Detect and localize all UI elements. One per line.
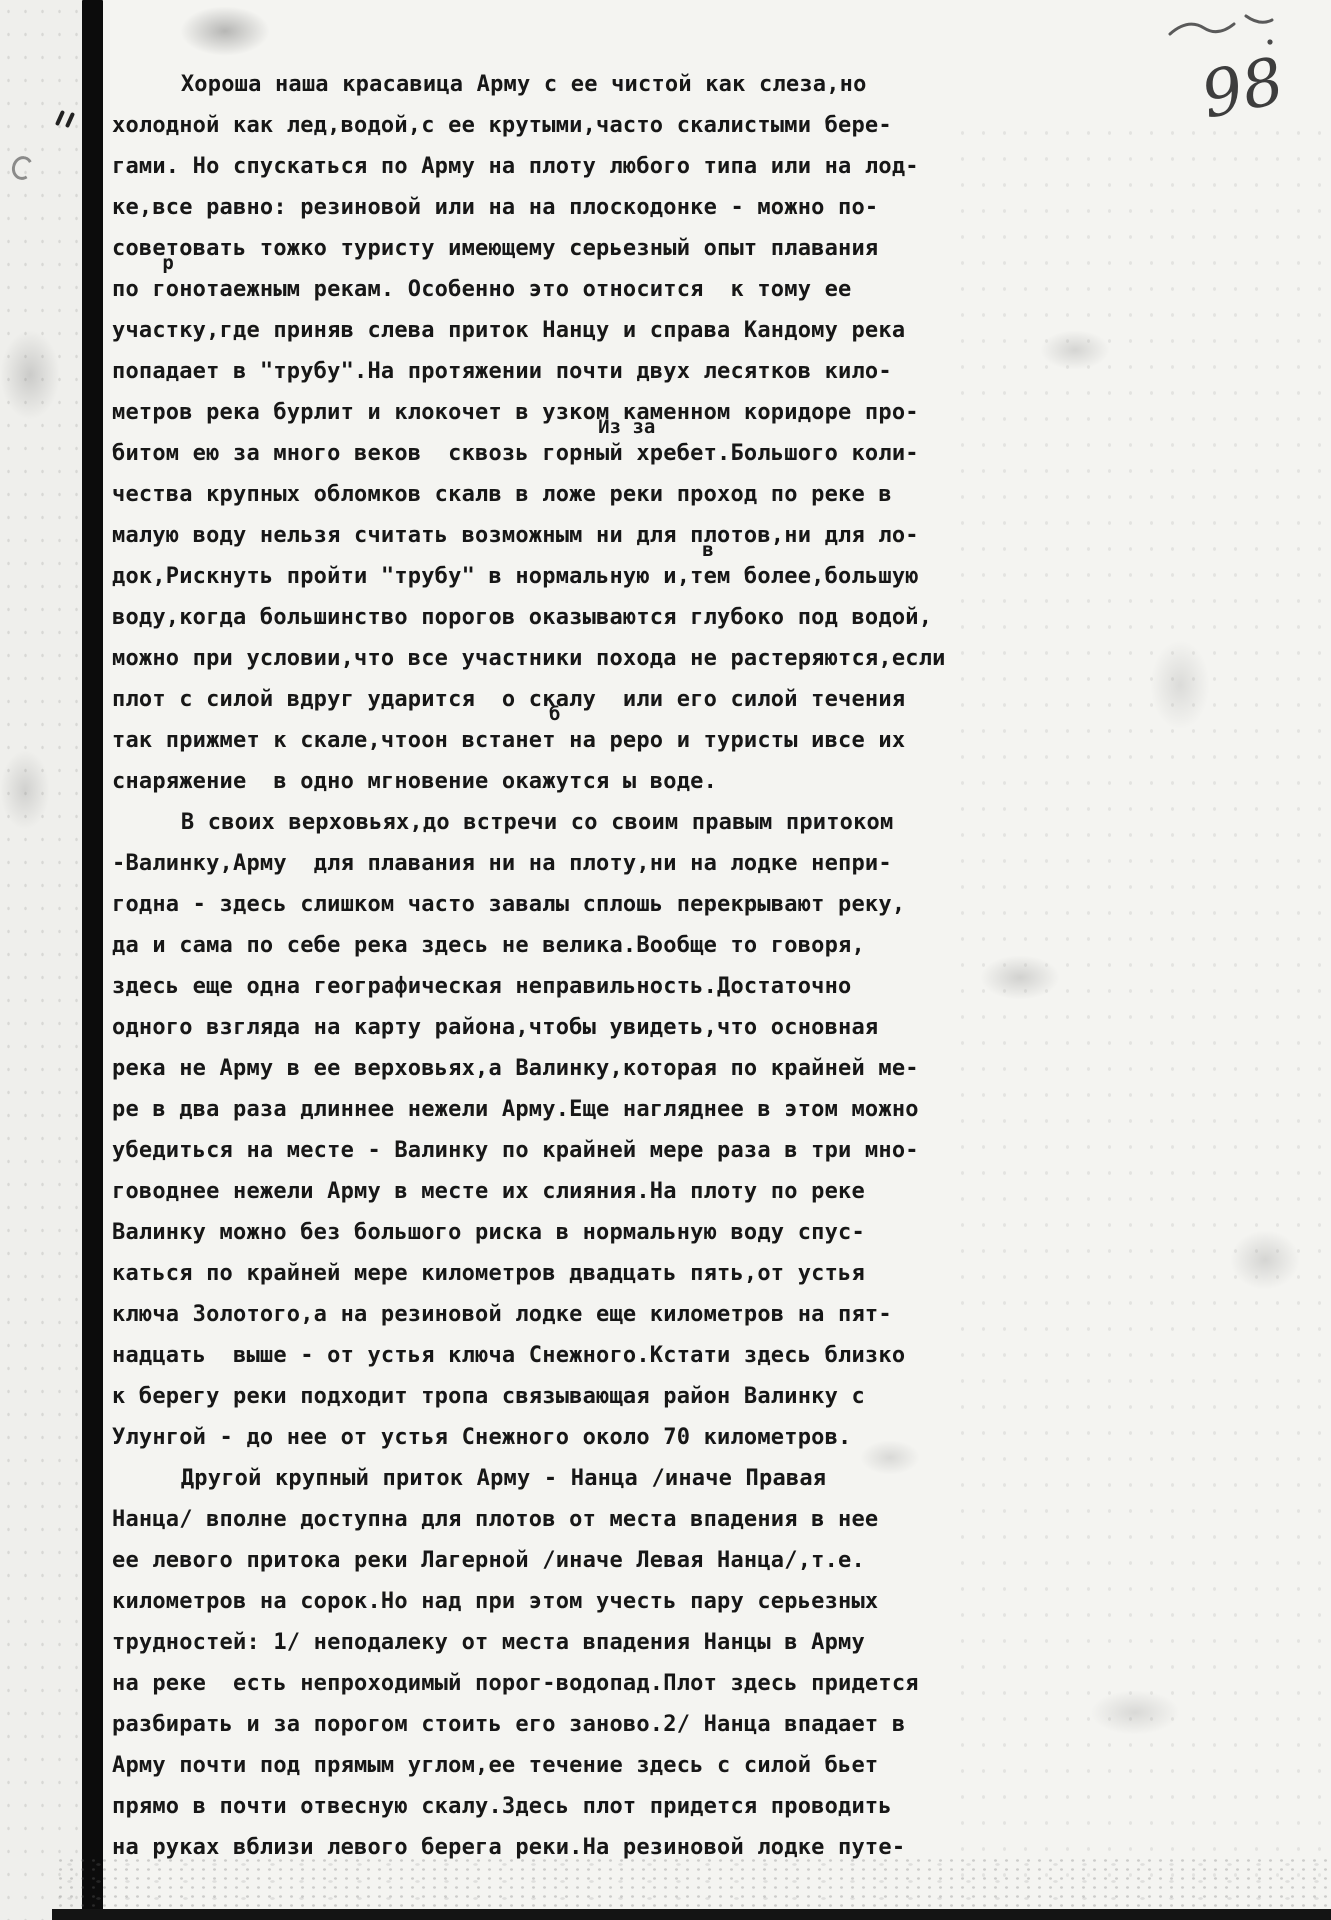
text-line: разбирать и за порогом стоить его заново…	[112, 1704, 1017, 1745]
text-line: трудностей: 1/ неподалеку от места впаде…	[112, 1622, 1017, 1663]
text-line: В своих верховьях,до встречи со своим пр…	[112, 802, 1017, 843]
text-line: плот с силой вдруг ударится о скалу или …	[112, 679, 1017, 720]
text-line: ее левого притока реки Лагерной /иначе Л…	[112, 1540, 1017, 1581]
text-line: попадает в "трубу".На протяжении почти д…	[112, 351, 1017, 392]
inserted-correction: б	[549, 705, 560, 724]
scan-blotch	[1150, 640, 1210, 730]
text-line: километров на сорок.Но над при этом учес…	[112, 1581, 1017, 1622]
text-line: на руках вблизи левого берега реки.На ре…	[112, 1827, 1017, 1868]
inserted-correction: в	[702, 541, 713, 560]
text-line: на реке есть непроходимый порог-водопад.…	[112, 1663, 1017, 1704]
text-line: Нанца/ вполне доступна для плотов от мес…	[112, 1499, 1017, 1540]
text-line: к берегу реки подходит тропа связывающая…	[112, 1376, 1017, 1417]
text-line: река не Арму в ее верховьях,а Валинку,ко…	[112, 1048, 1017, 1089]
text-line: ке,все равно: резиновой или на на плоско…	[112, 187, 1017, 228]
text-line: так прижмет к скале,чтоон встанет на рер…	[112, 720, 1017, 761]
text-line: здесь еще одна географическая неправильн…	[112, 966, 1017, 1007]
inserted-correction: р	[162, 254, 173, 273]
binding-edge-bar	[82, 0, 103, 1914]
text-line: снаряжение в одно мгновение окажутся ы в…	[112, 761, 1017, 802]
text-line: советовать тожко туристу имеющему серьез…	[112, 228, 1017, 269]
text-line: годна - здесь слишком часто завалы сплош…	[112, 884, 1017, 925]
pencil-squiggle	[1150, 4, 1320, 74]
typewritten-text: Хороша наша красавица Арму с ее чистой к…	[112, 64, 1017, 1868]
text-line: Улунгой - до нее от устья Снежного около…	[112, 1417, 1017, 1458]
text-line: Арму почти под прямым углом,ее течение з…	[112, 1745, 1017, 1786]
scan-blotch	[0, 330, 60, 420]
text-line: -Валинку,Арму для плавания ни на плоту,н…	[112, 843, 1017, 884]
text-line: каться по крайней мере километров двадца…	[112, 1253, 1017, 1294]
text-line: одного взгляда на карту района,чтобы уви…	[112, 1007, 1017, 1048]
scan-blotch	[1230, 1230, 1300, 1290]
text-line: участку,где приняв слева приток Нанцу и …	[112, 310, 1017, 351]
text-line: Хороша наша красавица Арму с ее чистой к…	[112, 64, 1017, 105]
text-line: можно при условии,что все участники похо…	[112, 638, 1017, 679]
scan-edge-bar	[52, 1909, 1331, 1920]
scan-blotch	[1090, 1690, 1180, 1735]
scan-blotch	[1040, 330, 1110, 370]
text-line: Валинку можно без большого риска в норма…	[112, 1212, 1017, 1253]
left-margin-strip	[0, 0, 82, 1920]
text-line: док,Рискнуть пройти "трубу" в нормальную…	[112, 556, 1017, 597]
text-line: прямо в почти отвесную скалу.Здесь плот …	[112, 1786, 1017, 1827]
scan-blotch	[180, 6, 270, 56]
text-line: воду,когда большинство порогов оказывают…	[112, 597, 1017, 638]
inserted-correction: Из за	[598, 418, 655, 437]
text-line: Другой крупный приток Арму - Нанца /инач…	[112, 1458, 1017, 1499]
text-line: метров река бурлит и клокочет в узком ка…	[112, 392, 1017, 433]
scan-blotch	[0, 750, 50, 830]
text-line: ключа Золотого,а на резиновой лодке еще …	[112, 1294, 1017, 1335]
text-line: гами. Но спускаться по Арму на плоту люб…	[112, 146, 1017, 187]
text-line: ре в два раза длиннее нежели Арму.Еще на…	[112, 1089, 1017, 1130]
text-line: по гонотаежным рекам. Особенно это относ…	[112, 269, 1017, 310]
text-line: чества крупных обломков скалв в ложе рек…	[112, 474, 1017, 515]
text-line: говоднее нежели Арму в месте их слияния.…	[112, 1171, 1017, 1212]
text-line: холодной как лед,водой,с ее крутыми,част…	[112, 105, 1017, 146]
text-line: малую воду нельзя считать возможным ни д…	[112, 515, 1017, 556]
text-line: битом ею за много веков сквозь горный хр…	[112, 433, 1017, 474]
text-line: убедиться на месте - Валинку по крайней …	[112, 1130, 1017, 1171]
text-line: да и сама по себе река здесь не велика.В…	[112, 925, 1017, 966]
text-line: надцать выше - от устья ключа Снежного.К…	[112, 1335, 1017, 1376]
